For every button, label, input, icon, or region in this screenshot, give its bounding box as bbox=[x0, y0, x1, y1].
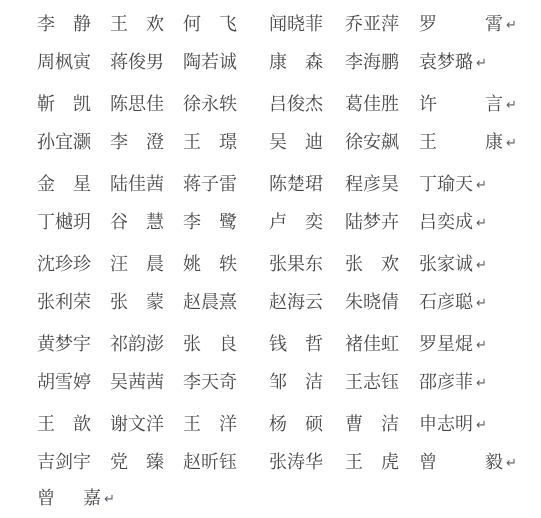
name-character: 谢 bbox=[110, 415, 128, 433]
person-name: 卢奕 bbox=[269, 213, 323, 233]
person-name: 邵彦菲 bbox=[419, 373, 473, 393]
name-character: 罗 bbox=[419, 335, 437, 353]
person-name: 张良 bbox=[183, 335, 237, 355]
person-name: 葛佳胜 bbox=[345, 95, 399, 115]
name-character: 张 bbox=[37, 293, 55, 311]
person-name: 孙宜灏 bbox=[37, 133, 91, 153]
name-character: 葛 bbox=[345, 95, 363, 113]
name-character: 钰 bbox=[219, 453, 237, 471]
person-name: 金星 bbox=[37, 175, 91, 195]
name-character: 子 bbox=[201, 175, 219, 193]
name-character: 曹 bbox=[345, 415, 363, 433]
person-name: 曾毅 bbox=[419, 453, 503, 473]
name-row: 周枫寅蒋俊男陶若诚康森李海鹏袁梦璐↵ bbox=[0, 53, 541, 75]
person-name: 王歆 bbox=[37, 415, 91, 435]
name-character: 褚 bbox=[345, 335, 363, 353]
name-character: 海 bbox=[363, 53, 381, 71]
person-name: 党臻 bbox=[110, 453, 164, 473]
person-name: 王璟 bbox=[183, 133, 237, 153]
line-break-mark-icon: ↵ bbox=[506, 99, 517, 112]
name-character: 奕 bbox=[437, 213, 455, 231]
name-character: 欢 bbox=[381, 255, 399, 273]
name-character: 袁 bbox=[419, 53, 437, 71]
name-character: 寅 bbox=[73, 53, 91, 71]
line-break-mark-icon: ↵ bbox=[104, 493, 115, 506]
name-character: 晓 bbox=[287, 15, 305, 33]
name-character: 飞 bbox=[219, 15, 237, 33]
person-name: 李澄 bbox=[110, 133, 164, 153]
name-character: 倩 bbox=[381, 293, 399, 311]
name-character: 李 bbox=[183, 213, 201, 231]
person-name: 王洋 bbox=[183, 415, 237, 435]
name-character: 吴 bbox=[110, 373, 128, 391]
person-name: 王欢 bbox=[110, 15, 164, 35]
name-character: 邵 bbox=[419, 373, 437, 391]
line-break-mark-icon: ↵ bbox=[476, 57, 487, 70]
name-character: 王 bbox=[345, 453, 363, 471]
name-character: 荣 bbox=[73, 293, 91, 311]
name-character: 宜 bbox=[55, 133, 73, 151]
name-character: 吴 bbox=[269, 133, 287, 151]
person-name: 李鹭 bbox=[183, 213, 237, 233]
name-character: 晨 bbox=[146, 255, 164, 273]
person-name: 吴茜茜 bbox=[110, 373, 164, 393]
name-character: 明 bbox=[455, 415, 473, 433]
name-character: 雷 bbox=[219, 175, 237, 193]
line-break-mark-icon: ↵ bbox=[506, 19, 517, 32]
name-character: 王 bbox=[183, 133, 201, 151]
name-character: 志 bbox=[363, 373, 381, 391]
name-character: 靳 bbox=[37, 95, 55, 113]
name-character: 良 bbox=[219, 335, 237, 353]
person-name: 陆佳茜 bbox=[110, 175, 164, 195]
name-character: 星 bbox=[437, 335, 455, 353]
name-character: 谷 bbox=[110, 213, 128, 231]
person-name: 沈珍珍 bbox=[37, 255, 91, 275]
name-character: 家 bbox=[437, 255, 455, 273]
name-character: 虹 bbox=[381, 335, 399, 353]
person-name: 陆梦卉 bbox=[345, 213, 399, 233]
name-character: 李 bbox=[37, 15, 55, 33]
name-character: 杰 bbox=[305, 95, 323, 113]
name-character: 若 bbox=[201, 53, 219, 71]
name-character: 毅 bbox=[485, 453, 503, 471]
name-character: 吉 bbox=[37, 453, 55, 471]
name-character: 佳 bbox=[146, 95, 164, 113]
person-name: 丁樾玥 bbox=[37, 213, 91, 233]
name-character: 丁 bbox=[419, 175, 437, 193]
name-character: 东 bbox=[305, 255, 323, 273]
person-name: 曹洁 bbox=[345, 415, 399, 435]
person-name: 邹洁 bbox=[269, 373, 323, 393]
name-character: 徐 bbox=[183, 95, 201, 113]
name-character: 昊 bbox=[381, 175, 399, 193]
name-row: 胡雪婷吴茜茜李天奇邹洁王志钰邵彦菲↵ bbox=[0, 373, 541, 395]
name-character: 奕 bbox=[305, 213, 323, 231]
person-name: 胡雪婷 bbox=[37, 373, 91, 393]
name-character: 蒋 bbox=[110, 53, 128, 71]
name-character: 歆 bbox=[73, 415, 91, 433]
name-character: 澎 bbox=[146, 335, 164, 353]
person-name: 丁瑜天 bbox=[419, 175, 473, 195]
name-character: 蒙 bbox=[146, 293, 164, 311]
person-name: 罗星焜 bbox=[419, 335, 473, 355]
line-break-mark-icon: ↵ bbox=[476, 179, 487, 192]
name-character: 菲 bbox=[455, 373, 473, 391]
person-name: 康森 bbox=[269, 53, 323, 73]
name-character: 邹 bbox=[269, 373, 287, 391]
name-character: 珍 bbox=[73, 255, 91, 273]
name-character: 钱 bbox=[269, 335, 287, 353]
name-row: 金星陆佳茜蒋子雷陈楚珺程彦昊丁瑜天↵ bbox=[0, 175, 541, 197]
name-row: 靳凯陈思佳徐永轶吕俊杰葛佳胜许言↵ bbox=[0, 95, 541, 117]
name-character: 张 bbox=[269, 255, 287, 273]
name-character: 臻 bbox=[146, 453, 164, 471]
name-character: 胜 bbox=[381, 95, 399, 113]
name-character: 朱 bbox=[345, 293, 363, 311]
name-character: 迪 bbox=[305, 133, 323, 151]
name-character: 天 bbox=[455, 175, 473, 193]
name-character: 静 bbox=[73, 15, 91, 33]
name-row: 沈珍珍汪晨姚轶张果东张欢张家诚↵ bbox=[0, 255, 541, 277]
name-character: 彦 bbox=[437, 373, 455, 391]
name-character: 卢 bbox=[269, 213, 287, 231]
name-character: 赵 bbox=[269, 293, 287, 311]
line-break-mark-icon: ↵ bbox=[476, 259, 487, 272]
name-character: 彦 bbox=[363, 175, 381, 193]
name-character: 珍 bbox=[55, 255, 73, 273]
name-character: 玥 bbox=[73, 213, 91, 231]
name-character: 卉 bbox=[381, 213, 399, 231]
name-character: 男 bbox=[146, 53, 164, 71]
name-character: 申 bbox=[419, 415, 437, 433]
name-character: 熹 bbox=[219, 293, 237, 311]
person-name: 靳凯 bbox=[37, 95, 91, 115]
person-name: 徐永轶 bbox=[183, 95, 237, 115]
name-character: 华 bbox=[305, 453, 323, 471]
name-character: 梦 bbox=[363, 213, 381, 231]
name-character: 森 bbox=[305, 53, 323, 71]
person-name: 谷慧 bbox=[110, 213, 164, 233]
name-character: 宇 bbox=[73, 335, 91, 353]
name-character: 陶 bbox=[183, 53, 201, 71]
line-break-mark-icon: ↵ bbox=[476, 217, 487, 230]
name-character: 周 bbox=[37, 53, 55, 71]
person-name: 姚轶 bbox=[183, 255, 237, 275]
name-character: 轶 bbox=[219, 95, 237, 113]
name-character: 汪 bbox=[110, 255, 128, 273]
person-name: 李海鹏 bbox=[345, 53, 399, 73]
name-character: 康 bbox=[485, 133, 503, 151]
name-character: 奇 bbox=[219, 373, 237, 391]
name-row: 李静王欢何飞闻晓菲乔亚萍罗霄↵ bbox=[0, 15, 541, 37]
person-name: 陶若诚 bbox=[183, 53, 237, 73]
name-character: 曾 bbox=[419, 453, 437, 471]
name-character: 文 bbox=[128, 415, 146, 433]
name-character: 亚 bbox=[363, 15, 381, 33]
name-character: 鹭 bbox=[219, 213, 237, 231]
name-row: 张利荣张蒙赵晨熹赵海云朱晓倩石彦聪↵ bbox=[0, 293, 541, 315]
name-character: 吕 bbox=[419, 213, 437, 231]
name-character: 佳 bbox=[128, 175, 146, 193]
name-character: 王 bbox=[345, 373, 363, 391]
person-name: 吴迪 bbox=[269, 133, 323, 153]
name-character: 焜 bbox=[455, 335, 473, 353]
line-break-mark-icon: ↵ bbox=[476, 297, 487, 310]
name-character: 李 bbox=[183, 373, 201, 391]
name-character: 钰 bbox=[381, 373, 399, 391]
name-character: 枫 bbox=[55, 53, 73, 71]
name-character: 瑜 bbox=[437, 175, 455, 193]
person-name: 张利荣 bbox=[37, 293, 91, 313]
name-character: 王 bbox=[183, 415, 201, 433]
name-character: 梦 bbox=[437, 53, 455, 71]
name-character: 海 bbox=[287, 293, 305, 311]
person-name: 程彦昊 bbox=[345, 175, 399, 195]
name-character: 王 bbox=[110, 15, 128, 33]
name-character: 菲 bbox=[305, 15, 323, 33]
name-row: 黄梦宇祁韵澎张良钱哲褚佳虹罗星焜↵ bbox=[0, 335, 541, 357]
name-character: 璟 bbox=[219, 133, 237, 151]
person-name: 王虎 bbox=[345, 453, 399, 473]
line-break-mark-icon: ↵ bbox=[476, 377, 487, 390]
name-character: 俊 bbox=[128, 53, 146, 71]
person-name: 闻晓菲 bbox=[269, 15, 323, 35]
name-character: 诚 bbox=[219, 53, 237, 71]
document-page: 李静王欢何飞闻晓菲乔亚萍罗霄↵周枫寅蒋俊男陶若诚康森李海鹏袁梦璐↵靳凯陈思佳徐永… bbox=[0, 0, 541, 518]
name-character: 曾 bbox=[37, 489, 55, 507]
person-name: 罗霄 bbox=[419, 15, 503, 35]
person-name: 赵晨熹 bbox=[183, 293, 237, 313]
name-character: 黄 bbox=[37, 335, 55, 353]
person-name: 赵海云 bbox=[269, 293, 323, 313]
person-name: 蒋子雷 bbox=[183, 175, 237, 195]
name-character: 祁 bbox=[110, 335, 128, 353]
name-character: 韵 bbox=[128, 335, 146, 353]
name-character: 闻 bbox=[269, 15, 287, 33]
person-name: 吉剑宇 bbox=[37, 453, 91, 473]
name-character: 洋 bbox=[146, 415, 164, 433]
line-break-mark-icon: ↵ bbox=[476, 339, 487, 352]
name-character: 张 bbox=[110, 293, 128, 311]
name-character: 洁 bbox=[305, 373, 323, 391]
name-character: 徐 bbox=[345, 133, 363, 151]
person-name: 褚佳虹 bbox=[345, 335, 399, 355]
person-name: 黄梦宇 bbox=[37, 335, 91, 355]
name-character: 志 bbox=[437, 415, 455, 433]
person-name: 张果东 bbox=[269, 255, 323, 275]
person-name: 徐安飙 bbox=[345, 133, 399, 153]
name-character: 陆 bbox=[110, 175, 128, 193]
person-name: 乔亚萍 bbox=[345, 15, 399, 35]
name-character: 晓 bbox=[363, 293, 381, 311]
person-name: 吕奕成 bbox=[419, 213, 473, 233]
name-character: 王 bbox=[37, 415, 55, 433]
name-character: 党 bbox=[110, 453, 128, 471]
name-character: 樾 bbox=[55, 213, 73, 231]
person-name: 祁韵澎 bbox=[110, 335, 164, 355]
name-character: 梦 bbox=[55, 335, 73, 353]
person-name: 周枫寅 bbox=[37, 53, 91, 73]
person-name: 张蒙 bbox=[110, 293, 164, 313]
name-character: 硕 bbox=[305, 415, 323, 433]
name-row: 孙宜灏李澄王璟吴迪徐安飙王康↵ bbox=[0, 133, 541, 155]
name-character: 吕 bbox=[269, 95, 287, 113]
name-character: 永 bbox=[201, 95, 219, 113]
name-character: 沈 bbox=[37, 255, 55, 273]
name-character: 成 bbox=[455, 213, 473, 231]
person-name: 曾嘉 bbox=[37, 489, 101, 509]
name-character: 涛 bbox=[287, 453, 305, 471]
name-character: 萍 bbox=[381, 15, 399, 33]
name-character: 洋 bbox=[219, 415, 237, 433]
name-character: 佳 bbox=[363, 335, 381, 353]
person-name: 陈思佳 bbox=[110, 95, 164, 115]
person-name: 朱晓倩 bbox=[345, 293, 399, 313]
person-name: 赵昕钰 bbox=[183, 453, 237, 473]
name-character: 杨 bbox=[269, 415, 287, 433]
name-character: 彦 bbox=[437, 293, 455, 311]
name-character: 赵 bbox=[183, 453, 201, 471]
name-character: 康 bbox=[269, 53, 287, 71]
person-name: 何飞 bbox=[183, 15, 237, 35]
name-character: 聪 bbox=[455, 293, 473, 311]
name-character: 思 bbox=[128, 95, 146, 113]
name-character: 石 bbox=[419, 293, 437, 311]
person-name: 蒋俊男 bbox=[110, 53, 164, 73]
name-character: 云 bbox=[305, 293, 323, 311]
name-character: 婷 bbox=[73, 373, 91, 391]
name-character: 蒋 bbox=[183, 175, 201, 193]
person-name: 申志明 bbox=[419, 415, 473, 435]
name-character: 张 bbox=[269, 453, 287, 471]
name-character: 赵 bbox=[183, 293, 201, 311]
name-character: 佳 bbox=[363, 95, 381, 113]
person-name: 张欢 bbox=[345, 255, 399, 275]
name-character: 虎 bbox=[381, 453, 399, 471]
name-character: 楚 bbox=[287, 175, 305, 193]
name-character: 茜 bbox=[146, 373, 164, 391]
person-name: 张家诚 bbox=[419, 255, 473, 275]
name-character: 乔 bbox=[345, 15, 363, 33]
name-character: 哲 bbox=[305, 335, 323, 353]
name-character: 昕 bbox=[201, 453, 219, 471]
name-character: 丁 bbox=[37, 213, 55, 231]
name-character: 晨 bbox=[201, 293, 219, 311]
name-character: 张 bbox=[419, 255, 437, 273]
name-character: 许 bbox=[419, 95, 437, 113]
name-character: 言 bbox=[485, 95, 503, 113]
name-character: 陈 bbox=[110, 95, 128, 113]
name-character: 嘉 bbox=[83, 489, 101, 507]
name-character: 霄 bbox=[485, 15, 503, 33]
name-character: 俊 bbox=[287, 95, 305, 113]
person-name: 张涛华 bbox=[269, 453, 323, 473]
name-character: 程 bbox=[345, 175, 363, 193]
name-row: 王歆谢文洋王洋杨硕曹洁申志明↵ bbox=[0, 415, 541, 437]
name-character: 果 bbox=[287, 255, 305, 273]
name-character: 珺 bbox=[305, 175, 323, 193]
person-name: 谢文洋 bbox=[110, 415, 164, 435]
name-character: 罗 bbox=[419, 15, 437, 33]
name-character: 王 bbox=[419, 133, 437, 151]
name-character: 雪 bbox=[55, 373, 73, 391]
person-name: 汪晨 bbox=[110, 255, 164, 275]
name-character: 轶 bbox=[219, 255, 237, 273]
name-character: 鹏 bbox=[381, 53, 399, 71]
name-character: 利 bbox=[55, 293, 73, 311]
name-character: 诚 bbox=[455, 255, 473, 273]
name-character: 洁 bbox=[381, 415, 399, 433]
name-character: 张 bbox=[345, 255, 363, 273]
person-name: 杨硕 bbox=[269, 415, 323, 435]
name-character: 姚 bbox=[183, 255, 201, 273]
name-character: 孙 bbox=[37, 133, 55, 151]
person-name: 钱哲 bbox=[269, 335, 323, 355]
name-character: 宇 bbox=[73, 453, 91, 471]
name-character: 天 bbox=[201, 373, 219, 391]
person-name: 吕俊杰 bbox=[269, 95, 323, 115]
name-character: 陆 bbox=[345, 213, 363, 231]
name-character: 凯 bbox=[73, 95, 91, 113]
name-character: 张 bbox=[183, 335, 201, 353]
name-character: 金 bbox=[37, 175, 55, 193]
person-name: 李天奇 bbox=[183, 373, 237, 393]
person-name: 许言 bbox=[419, 95, 503, 115]
line-break-mark-icon: ↵ bbox=[506, 457, 517, 470]
name-character: 安 bbox=[363, 133, 381, 151]
person-name: 袁梦璐 bbox=[419, 53, 473, 73]
name-row: 吉剑宇党臻赵昕钰张涛华王虎曾毅↵ bbox=[0, 453, 541, 475]
person-name: 陈楚珺 bbox=[269, 175, 323, 195]
name-character: 飙 bbox=[381, 133, 399, 151]
person-name: 王康 bbox=[419, 133, 503, 153]
name-character: 灏 bbox=[73, 133, 91, 151]
name-character: 李 bbox=[110, 133, 128, 151]
name-character: 澄 bbox=[146, 133, 164, 151]
line-break-mark-icon: ↵ bbox=[476, 419, 487, 432]
person-name: 李静 bbox=[37, 15, 91, 35]
person-name: 王志钰 bbox=[345, 373, 399, 393]
person-name: 石彦聪 bbox=[419, 293, 473, 313]
name-character: 李 bbox=[345, 53, 363, 71]
name-row: 曾嘉↵ bbox=[0, 489, 541, 511]
name-row: 丁樾玥谷慧李鹭卢奕陆梦卉吕奕成↵ bbox=[0, 213, 541, 235]
name-character: 欢 bbox=[146, 15, 164, 33]
line-break-mark-icon: ↵ bbox=[506, 137, 517, 150]
name-character: 星 bbox=[73, 175, 91, 193]
name-character: 茜 bbox=[128, 373, 146, 391]
name-character: 胡 bbox=[37, 373, 55, 391]
name-character: 茜 bbox=[146, 175, 164, 193]
name-character: 何 bbox=[183, 15, 201, 33]
name-character: 剑 bbox=[55, 453, 73, 471]
name-character: 璐 bbox=[455, 53, 473, 71]
name-character: 陈 bbox=[269, 175, 287, 193]
name-character: 慧 bbox=[146, 213, 164, 231]
